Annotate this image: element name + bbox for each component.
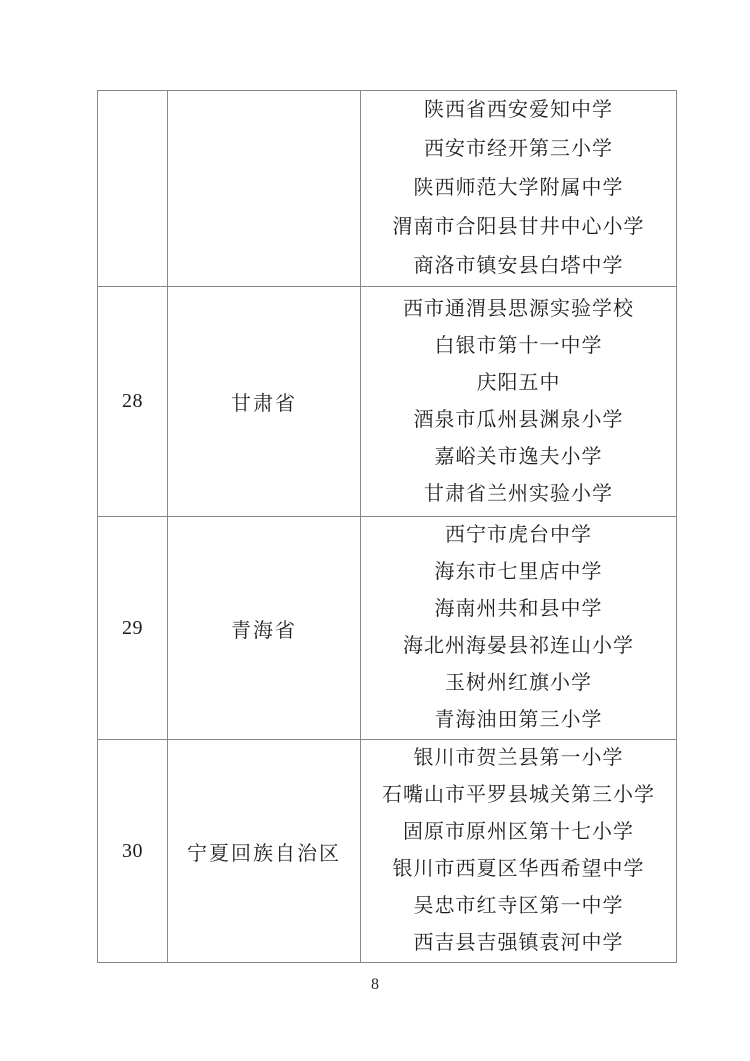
school-name: 西安市经开第三小学 bbox=[361, 130, 676, 169]
row-index-cell bbox=[98, 91, 168, 287]
school-name: 西吉县吉强镇袁河中学 bbox=[361, 925, 676, 962]
school-name: 甘肃省兰州实验小学 bbox=[361, 476, 676, 513]
school-name: 酒泉市瓜州县渊泉小学 bbox=[361, 402, 676, 439]
table-row-28: 28 甘肃省 西市通渭县思源实验学校 白银市第十一中学 庆阳五中 酒泉市瓜州县渊… bbox=[98, 287, 677, 517]
school-name: 海东市七里店中学 bbox=[361, 554, 676, 591]
row-index-cell: 28 bbox=[98, 287, 168, 517]
school-name: 嘉峪关市逸夫小学 bbox=[361, 439, 676, 476]
school-name: 西宁市虎台中学 bbox=[361, 517, 676, 554]
school-name: 陕西省西安爱知中学 bbox=[361, 91, 676, 130]
schools-cell: 西宁市虎台中学 海东市七里店中学 海南州共和县中学 海北州海晏县祁连山小学 玉树… bbox=[361, 517, 677, 740]
school-name: 西市通渭县思源实验学校 bbox=[361, 291, 676, 328]
school-name: 庆阳五中 bbox=[361, 365, 676, 402]
schools-cell: 西市通渭县思源实验学校 白银市第十一中学 庆阳五中 酒泉市瓜州县渊泉小学 嘉峪关… bbox=[361, 287, 677, 517]
row-index-cell: 30 bbox=[98, 740, 168, 963]
school-name: 陕西师范大学附属中学 bbox=[361, 169, 676, 208]
school-name: 青海油田第三小学 bbox=[361, 702, 676, 739]
school-name: 银川市贺兰县第一小学 bbox=[361, 740, 676, 777]
province-cell bbox=[168, 91, 361, 287]
school-name: 白银市第十一中学 bbox=[361, 328, 676, 365]
school-name: 海北州海晏县祁连山小学 bbox=[361, 628, 676, 665]
page-number: 8 bbox=[0, 976, 750, 994]
school-name: 吴忠市红寺区第一中学 bbox=[361, 888, 676, 925]
province-cell: 青海省 bbox=[168, 517, 361, 740]
schools-cell: 陕西省西安爱知中学 西安市经开第三小学 陕西师范大学附属中学 渭南市合阳县甘井中… bbox=[361, 91, 677, 287]
schools-cell: 银川市贺兰县第一小学 石嘴山市平罗县城关第三小学 固原市原州区第十七小学 银川市… bbox=[361, 740, 677, 963]
table-row-30: 30 宁夏回族自治区 银川市贺兰县第一小学 石嘴山市平罗县城关第三小学 固原市原… bbox=[98, 740, 677, 963]
row-index-cell: 29 bbox=[98, 517, 168, 740]
school-name: 石嘴山市平罗县城关第三小学 bbox=[361, 777, 676, 814]
province-schools-table: 陕西省西安爱知中学 西安市经开第三小学 陕西师范大学附属中学 渭南市合阳县甘井中… bbox=[97, 90, 677, 963]
school-name: 海南州共和县中学 bbox=[361, 591, 676, 628]
school-name: 固原市原州区第十七小学 bbox=[361, 814, 676, 851]
school-name: 商洛市镇安县白塔中学 bbox=[361, 247, 676, 286]
school-name: 银川市西夏区华西希望中学 bbox=[361, 851, 676, 888]
province-cell: 甘肃省 bbox=[168, 287, 361, 517]
table-row-continuation: 陕西省西安爱知中学 西安市经开第三小学 陕西师范大学附属中学 渭南市合阳县甘井中… bbox=[98, 91, 677, 287]
province-cell: 宁夏回族自治区 bbox=[168, 740, 361, 963]
table-row-29: 29 青海省 西宁市虎台中学 海东市七里店中学 海南州共和县中学 海北州海晏县祁… bbox=[98, 517, 677, 740]
school-name: 渭南市合阳县甘井中心小学 bbox=[361, 208, 676, 247]
school-name: 玉树州红旗小学 bbox=[361, 665, 676, 702]
